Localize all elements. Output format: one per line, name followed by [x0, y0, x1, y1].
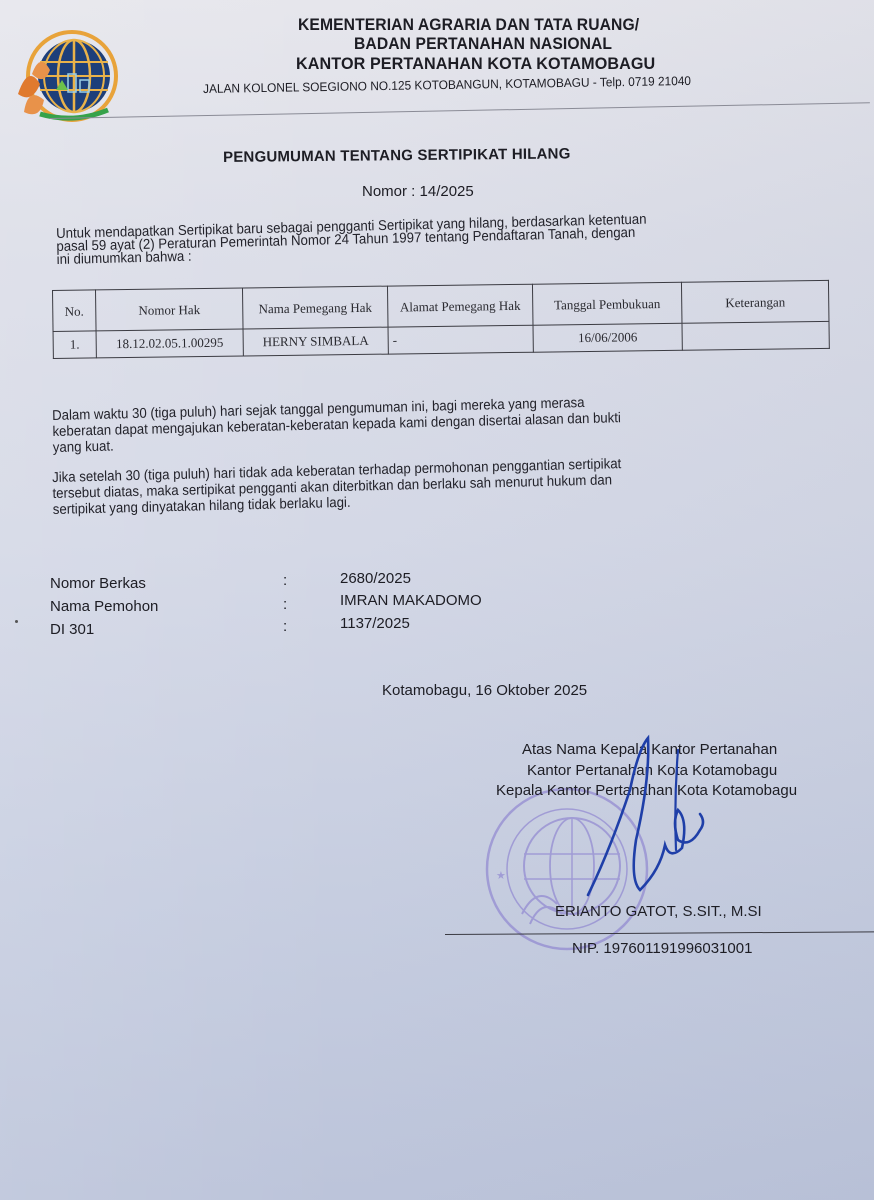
header-keterangan: Keterangan — [681, 280, 829, 323]
cell-alamat-pemegang: - — [388, 325, 533, 354]
colon: : — [283, 618, 287, 635]
bpn-logo-icon — [10, 24, 122, 132]
cell-nama-pemegang: HERNY SIMBALA — [243, 327, 388, 356]
value-nama-pemohon: IMRAN MAKADOMO — [340, 592, 482, 609]
objection-paragraph: Dalam waktu 30 (tiga puluh) hari sejak t… — [52, 394, 621, 456]
svg-text:★: ★ — [496, 869, 506, 882]
label-nomor-berkas: Nomor Berkas — [50, 575, 146, 592]
intro-paragraph: Untuk mendapatkan Sertipikat baru sebaga… — [56, 214, 647, 267]
document-number: Nomor : 14/2025 — [362, 183, 474, 200]
cell-keterangan — [682, 321, 829, 350]
header-nomor-hak: Nomor Hak — [96, 288, 244, 331]
document-title: PENGUMUMAN TENTANG SERTIPIKAT HILANG — [223, 145, 571, 166]
letterhead-divider — [50, 102, 870, 119]
officer-nip: NIP. 197601191996031001 — [572, 940, 752, 957]
cell-nomor-hak: 18.12.02.05.1.00295 — [96, 329, 243, 358]
place-and-date: Kotamobagu, 16 Oktober 2025 — [382, 682, 587, 699]
header-nama-pemegang: Nama Pemegang Hak — [242, 286, 388, 329]
paper-speck — [15, 620, 18, 623]
colon: : — [283, 596, 287, 613]
officer-name: ERIANTO GATOT, S.SIT., M.SI — [555, 903, 762, 920]
lost-certificate-table: No. Nomor Hak Nama Pemegang Hak Alamat P… — [52, 280, 830, 359]
office-address: JALAN KOLONEL SOEGIONO NO.125 KOTOBANGUN… — [203, 74, 691, 96]
handwritten-signature-icon — [570, 730, 730, 910]
agency-name: BADAN PERTANAHAN NASIONAL — [354, 35, 612, 54]
header-no: No. — [53, 290, 97, 332]
label-di-301: DI 301 — [50, 621, 94, 638]
cell-no: 1. — [53, 331, 96, 359]
header-alamat-pemegang: Alamat Pemegang Hak — [387, 284, 533, 327]
colon: : — [283, 572, 287, 589]
cell-tanggal-pembukuan: 16/06/2006 — [533, 323, 682, 352]
office-name: KANTOR PERTANAHAN KOTA KOTAMOBAGU — [296, 54, 655, 74]
issuance-paragraph: Jika setelah 30 (tiga puluh) hari tidak … — [52, 456, 622, 518]
label-nama-pemohon: Nama Pemohon — [50, 598, 158, 615]
ministry-name: KEMENTERIAN AGRARIA DAN TATA RUANG/ — [298, 16, 639, 35]
header-tanggal-pembukuan: Tanggal Pembukuan — [532, 282, 682, 325]
value-nomor-berkas: 2680/2025 — [340, 570, 411, 587]
value-di-301: 1137/2025 — [340, 615, 410, 632]
